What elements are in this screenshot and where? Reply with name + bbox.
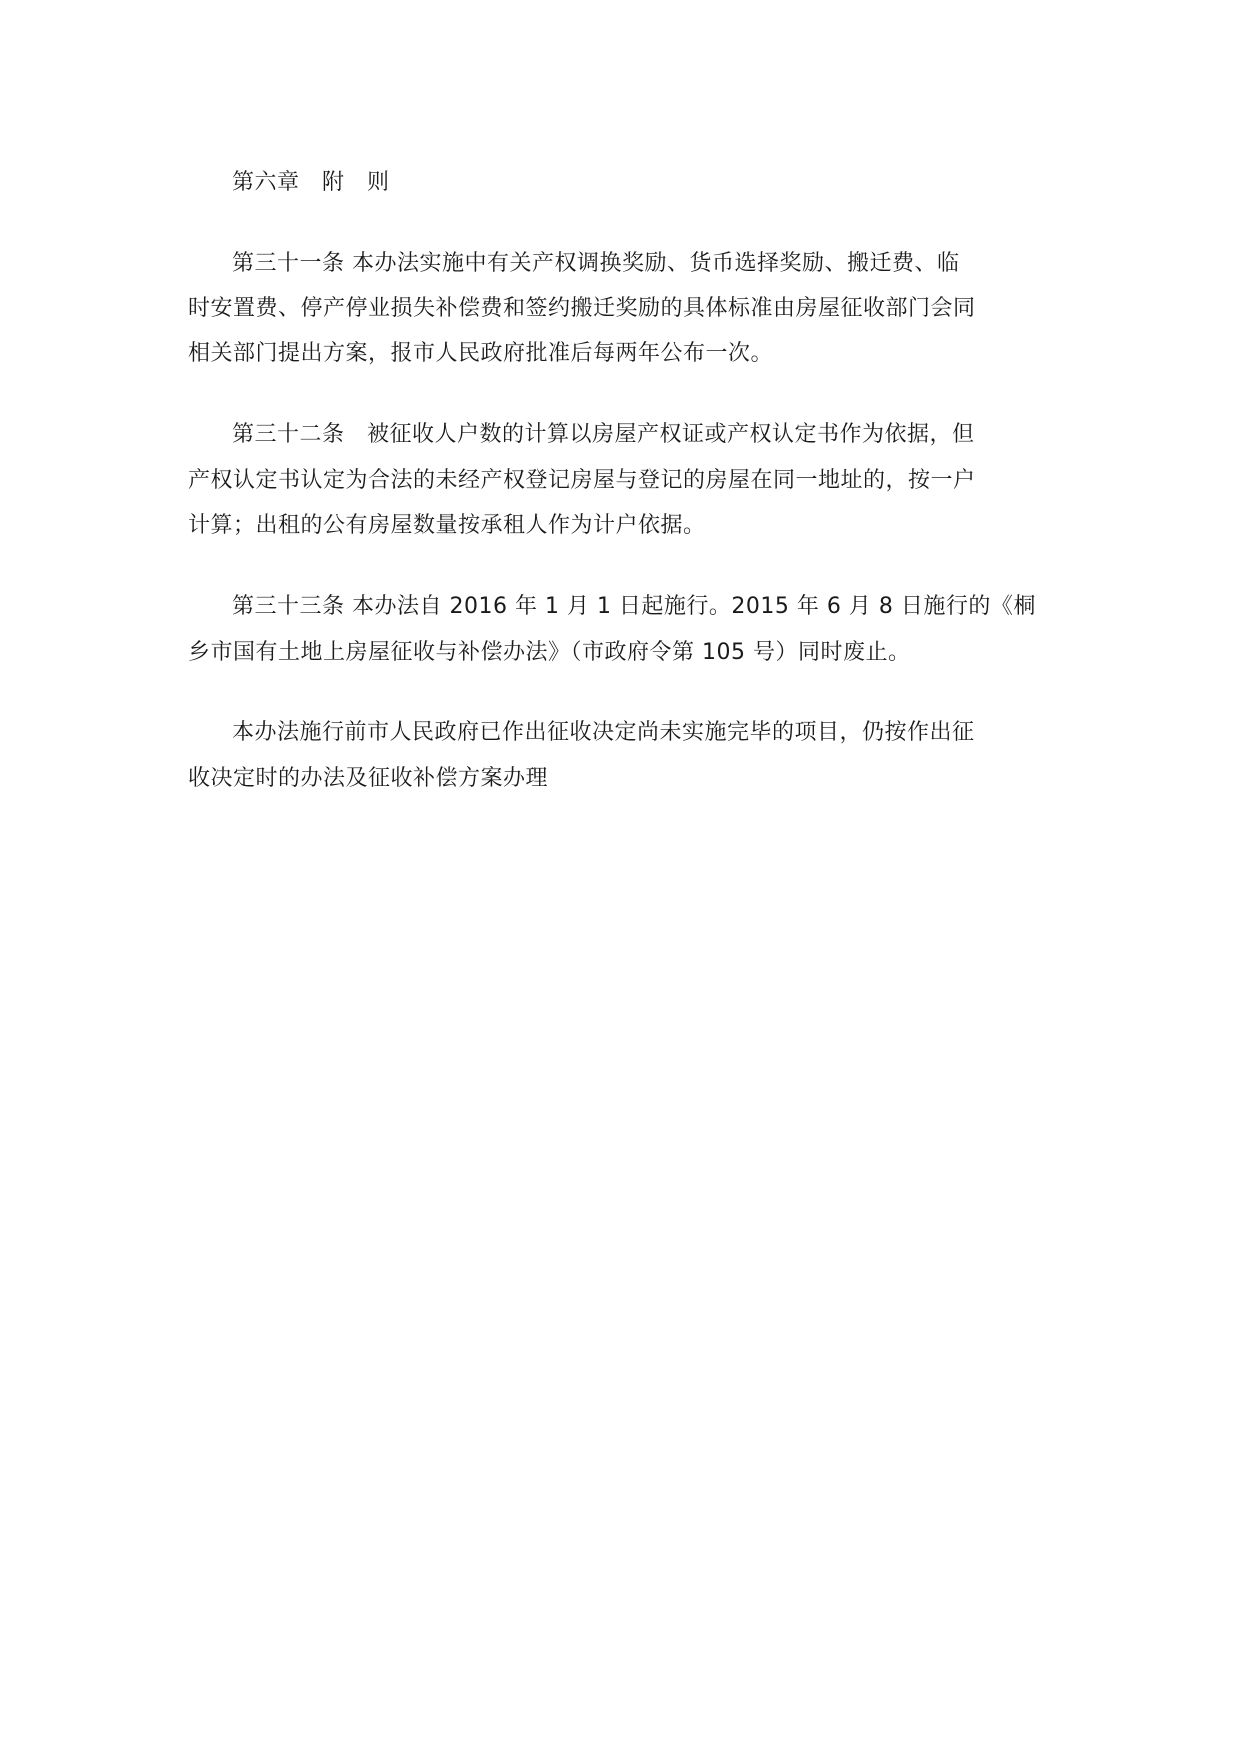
article-32-line-1: 第三十二条 被征收人户数的计算以房屋产权证或产权认定书作为依据，但 — [232, 422, 975, 448]
document-page: 第六章 附 则 第三十一条 本办法实施中有关产权调换奖励、货币选择奖励、搬迁费、… — [0, 0, 1240, 1754]
transitional-clause-line-1: 本办法施行前市人民政府已作出征收决定尚未实施完毕的项目，仍按作出征 — [232, 720, 975, 746]
article-31-line-1: 第三十一条 本办法实施中有关产权调换奖励、货币选择奖励、搬迁费、临 — [232, 251, 960, 277]
article-32-line-2: 产权认定书认定为合法的未经产权登记房屋与登记的房屋在同一地址的，按一户 — [188, 468, 976, 494]
article-31-line-2: 时安置费、停产停业损失补偿费和签约搬迁奖励的具体标准由房屋征收部门会同 — [188, 296, 976, 322]
article-33-line-1: 第三十三条 本办法自 2016 年 1 月 1 日起施行。2015 年 6 月 … — [232, 594, 1036, 620]
article-32-line-3: 计算；出租的公有房屋数量按承租人作为计户依据。 — [188, 513, 706, 539]
article-31-line-3: 相关部门提出方案，报市人民政府批准后每两年公布一次。 — [188, 341, 773, 367]
transitional-clause-line-2: 收决定时的办法及征收补偿方案办理 — [188, 766, 548, 792]
article-33-line-2: 乡市国有土地上房屋征收与补偿办法》（市政府令第 105 号）同时废止。 — [188, 640, 910, 666]
chapter-title: 第六章 附 则 — [232, 170, 390, 196]
